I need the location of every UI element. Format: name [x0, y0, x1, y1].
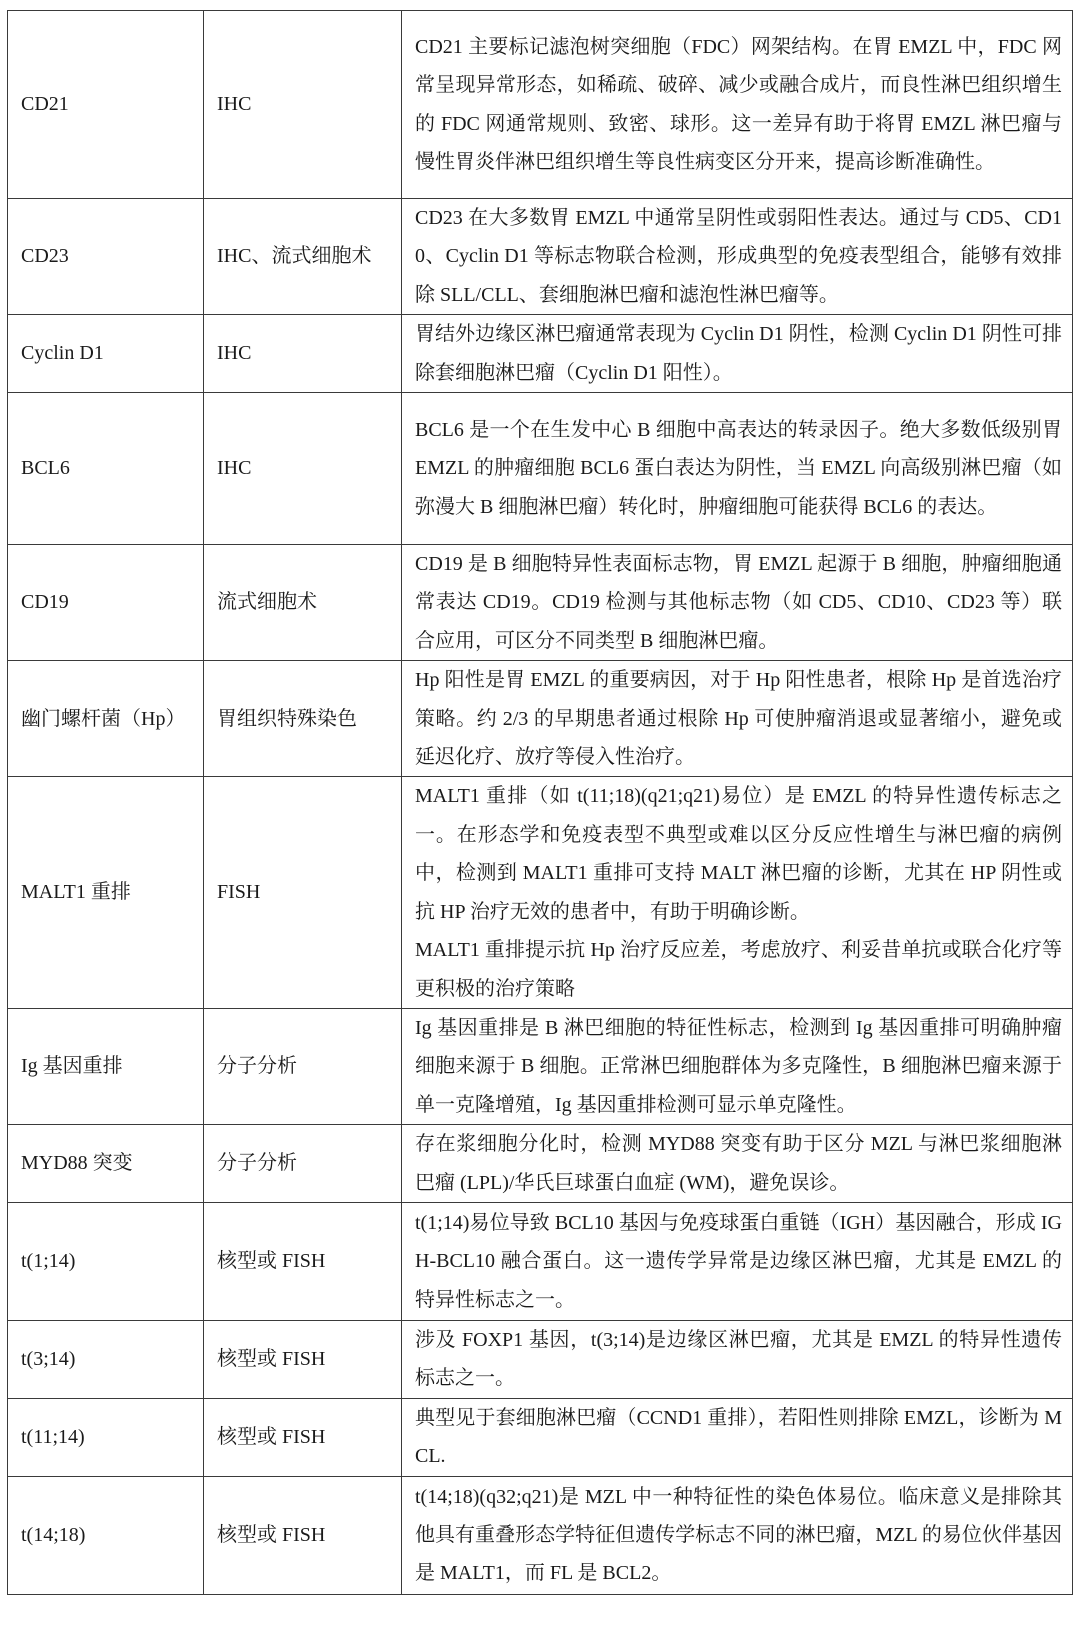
table-row: CD19流式细胞术CD19 是 B 细胞特异性表面标志物，胃 EMZL 起源于 … [8, 545, 1073, 661]
method-cell: 胃组织特殊染色 [204, 661, 402, 777]
description-paragraph: 胃结外边缘区淋巴瘤通常表现为 Cyclin D1 阴性，检测 Cyclin D1… [415, 315, 1062, 392]
table-row: CD23IHC、流式细胞术CD23 在大多数胃 EMZL 中通常呈阴性或弱阳性表… [8, 199, 1073, 315]
method-cell: 流式细胞术 [204, 545, 402, 661]
description-paragraph: 典型见于套细胞淋巴瘤（CCND1 重排），若阳性则排除 EMZL，诊断为 MCL… [415, 1399, 1062, 1476]
marker-table: CD21IHCCD21 主要标记滤泡树突细胞（FDC）网架结构。在胃 EMZL … [7, 10, 1073, 1595]
description-cell: t(14;18)(q32;q21)是 MZL 中一种特征性的染色体易位。临床意义… [402, 1476, 1073, 1594]
marker-cell: MYD88 突变 [8, 1125, 204, 1203]
marker-cell: MALT1 重排 [8, 777, 204, 1008]
marker-cell: CD19 [8, 545, 204, 661]
description-cell: Ig 基因重排是 B 淋巴细胞的特征性标志，检测到 Ig 基因重排可明确肿瘤细胞… [402, 1008, 1073, 1124]
method-cell: 核型或 FISH [204, 1476, 402, 1594]
marker-cell: 幽门螺杆菌（Hp） [8, 661, 204, 777]
description-cell: t(1;14)易位导致 BCL10 基因与免疫球蛋白重链（IGH）基因融合，形成… [402, 1202, 1073, 1320]
table-row: 幽门螺杆菌（Hp）胃组织特殊染色Hp 阳性是胃 EMZL 的重要病因，对于 Hp… [8, 661, 1073, 777]
method-cell: 核型或 FISH [204, 1320, 402, 1398]
description-paragraph: CD23 在大多数胃 EMZL 中通常呈阴性或弱阳性表达。通过与 CD5、CD1… [415, 199, 1062, 314]
description-cell: BCL6 是一个在生发中心 B 细胞中高表达的转录因子。绝大多数低级别胃 EMZ… [402, 393, 1073, 545]
table-row: MALT1 重排FISHMALT1 重排（如 t(11;18)(q21;q21)… [8, 777, 1073, 1008]
description-cell: 典型见于套细胞淋巴瘤（CCND1 重排），若阳性则排除 EMZL，诊断为 MCL… [402, 1398, 1073, 1476]
table-row: t(11;14)核型或 FISH典型见于套细胞淋巴瘤（CCND1 重排），若阳性… [8, 1398, 1073, 1476]
method-cell: IHC [204, 393, 402, 545]
description-cell: CD21 主要标记滤泡树突细胞（FDC）网架结构。在胃 EMZL 中，FDC 网… [402, 11, 1073, 199]
table-row: Cyclin D1IHC胃结外边缘区淋巴瘤通常表现为 Cyclin D1 阴性，… [8, 315, 1073, 393]
method-cell: 核型或 FISH [204, 1202, 402, 1320]
marker-cell: t(11;14) [8, 1398, 204, 1476]
method-cell: 核型或 FISH [204, 1398, 402, 1476]
description-paragraph: 存在浆细胞分化时，检测 MYD88 突变有助于区分 MZL 与淋巴浆细胞淋巴瘤 … [415, 1125, 1062, 1202]
method-cell: FISH [204, 777, 402, 1008]
description-paragraph: Ig 基因重排是 B 淋巴细胞的特征性标志，检测到 Ig 基因重排可明确肿瘤细胞… [415, 1009, 1062, 1124]
description-paragraph: Hp 阳性是胃 EMZL 的重要病因，对于 Hp 阳性患者，根除 Hp 是首选治… [415, 661, 1062, 776]
marker-cell: Ig 基因重排 [8, 1008, 204, 1124]
marker-cell: t(14;18) [8, 1476, 204, 1594]
description-paragraph: CD19 是 B 细胞特异性表面标志物，胃 EMZL 起源于 B 细胞，肿瘤细胞… [415, 545, 1062, 660]
description-cell: MALT1 重排（如 t(11;18)(q21;q21)易位）是 EMZL 的特… [402, 777, 1073, 1008]
table-row: MYD88 突变分子分析存在浆细胞分化时，检测 MYD88 突变有助于区分 MZ… [8, 1125, 1073, 1203]
description-cell: CD19 是 B 细胞特异性表面标志物，胃 EMZL 起源于 B 细胞，肿瘤细胞… [402, 545, 1073, 661]
description-cell: 涉及 FOXP1 基因，t(3;14)是边缘区淋巴瘤，尤其是 EMZL 的特异性… [402, 1320, 1073, 1398]
method-cell: IHC [204, 315, 402, 393]
description-paragraph: MALT1 重排（如 t(11;18)(q21;q21)易位）是 EMZL 的特… [415, 777, 1062, 931]
table-body: CD21IHCCD21 主要标记滤泡树突细胞（FDC）网架结构。在胃 EMZL … [8, 11, 1073, 1595]
description-paragraph: t(1;14)易位导致 BCL10 基因与免疫球蛋白重链（IGH）基因融合，形成… [415, 1204, 1062, 1319]
marker-cell: t(1;14) [8, 1202, 204, 1320]
description-paragraph: 涉及 FOXP1 基因，t(3;14)是边缘区淋巴瘤，尤其是 EMZL 的特异性… [415, 1321, 1062, 1398]
table-row: BCL6IHCBCL6 是一个在生发中心 B 细胞中高表达的转录因子。绝大多数低… [8, 393, 1073, 545]
description-cell: Hp 阳性是胃 EMZL 的重要病因，对于 Hp 阳性患者，根除 Hp 是首选治… [402, 661, 1073, 777]
table-row: t(14;18)核型或 FISHt(14;18)(q32;q21)是 MZL 中… [8, 1476, 1073, 1594]
description-cell: CD23 在大多数胃 EMZL 中通常呈阴性或弱阳性表达。通过与 CD5、CD1… [402, 199, 1073, 315]
method-cell: IHC、流式细胞术 [204, 199, 402, 315]
marker-cell: Cyclin D1 [8, 315, 204, 393]
description-paragraph: MALT1 重排提示抗 Hp 治疗反应差，考虑放疗、利妥昔单抗或联合化疗等更积极… [415, 931, 1062, 1008]
marker-cell: BCL6 [8, 393, 204, 545]
description-paragraph: t(14;18)(q32;q21)是 MZL 中一种特征性的染色体易位。临床意义… [415, 1478, 1062, 1593]
method-cell: 分子分析 [204, 1125, 402, 1203]
description-cell: 胃结外边缘区淋巴瘤通常表现为 Cyclin D1 阴性，检测 Cyclin D1… [402, 315, 1073, 393]
table-row: Ig 基因重排分子分析Ig 基因重排是 B 淋巴细胞的特征性标志，检测到 Ig … [8, 1008, 1073, 1124]
marker-cell: CD21 [8, 11, 204, 199]
description-paragraph: BCL6 是一个在生发中心 B 细胞中高表达的转录因子。绝大多数低级别胃 EMZ… [415, 411, 1062, 526]
method-cell: 分子分析 [204, 1008, 402, 1124]
marker-cell: CD23 [8, 199, 204, 315]
table-row: t(1;14)核型或 FISHt(1;14)易位导致 BCL10 基因与免疫球蛋… [8, 1202, 1073, 1320]
method-cell: IHC [204, 11, 402, 199]
description-cell: 存在浆细胞分化时，检测 MYD88 突变有助于区分 MZL 与淋巴浆细胞淋巴瘤 … [402, 1125, 1073, 1203]
table-row: t(3;14)核型或 FISH涉及 FOXP1 基因，t(3;14)是边缘区淋巴… [8, 1320, 1073, 1398]
table-row: CD21IHCCD21 主要标记滤泡树突细胞（FDC）网架结构。在胃 EMZL … [8, 11, 1073, 199]
description-paragraph: CD21 主要标记滤泡树突细胞（FDC）网架结构。在胃 EMZL 中，FDC 网… [415, 28, 1062, 182]
marker-cell: t(3;14) [8, 1320, 204, 1398]
